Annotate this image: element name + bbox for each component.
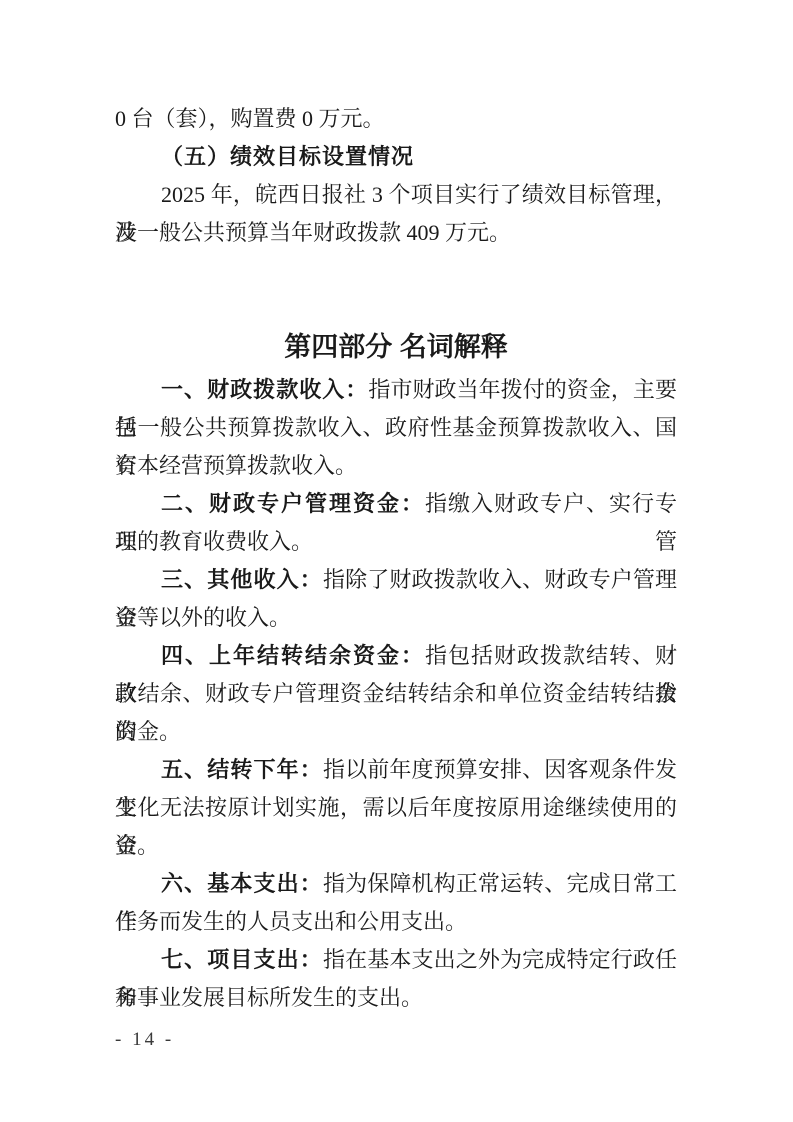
section-heading: 第四部分 名词解释 [115, 323, 677, 371]
definition-line: 资金。 [115, 713, 677, 751]
definition-term: 五、结转下年： [161, 757, 323, 782]
definitions-block: 一、财政拨款收入：指市财政当年拨付的资金，主要包括一般公共预算拨款收入、政府性基… [115, 371, 677, 1017]
definition-first-line: 二、财政专户管理资金：指缴入财政专户、实行专项管 [115, 485, 677, 523]
definition-line: 金等以外的收入。 [115, 599, 677, 637]
definition-first-line: 七、项目支出：指在基本支出之外为完成特定行政任务 [115, 941, 677, 979]
definition-term: 六、基本支出： [161, 871, 323, 896]
definition-line: 金。 [115, 827, 677, 865]
definition-first-line: 六、基本支出：指为保障机构正常运转、完成日常工作 [115, 865, 677, 903]
definition-term: 二、财政专户管理资金： [161, 491, 425, 516]
intro-block: 0 台（套），购置费 0 万元。（五）绩效目标设置情况2025 年，皖西日报社 … [115, 100, 677, 252]
definition-line: 括一般公共预算拨款收入、政府性基金预算拨款收入、国有 [115, 409, 677, 447]
definition-line: 和事业发展目标所发生的支出。 [115, 979, 677, 1017]
definition-line: 任务而发生的人员支出和公用支出。 [115, 903, 677, 941]
page-number: - 14 - [115, 1026, 677, 1054]
definition-first-line: 一、财政拨款收入：指市财政当年拨付的资金，主要包 [115, 371, 677, 409]
document-line: 及一般公共预算当年财政拨款 409 万元。 [115, 214, 677, 252]
definition-term: 七、项目支出： [161, 947, 323, 972]
document-page: 0 台（套），购置费 0 万元。（五）绩效目标设置情况2025 年，皖西日报社 … [0, 0, 793, 1122]
sub-heading-line: （五）绩效目标设置情况 [115, 138, 677, 176]
definition-term: 三、其他收入： [161, 567, 323, 592]
definition-line: 款结余、财政专户管理资金结转结余和单位资金结转结余的 [115, 675, 677, 713]
definition-first-line: 四、上年结转结余资金：指包括财政拨款结转、财政拨 [115, 637, 677, 675]
definition-term: 四、上年结转结余资金： [161, 643, 425, 668]
definition-first-line: 三、其他收入：指除了财政拨款收入、财政专户管理资 [115, 561, 677, 599]
definition-term: 一、财政拨款收入： [161, 377, 368, 402]
document-content: 0 台（套），购置费 0 万元。（五）绩效目标设置情况2025 年，皖西日报社 … [115, 100, 677, 1054]
document-line: 0 台（套），购置费 0 万元。 [115, 100, 677, 138]
definition-line: 资本经营预算拨款收入。 [115, 447, 677, 485]
definition-first-line: 五、结转下年：指以前年度预算安排、因客观条件发生 [115, 751, 677, 789]
definition-line: 变化无法按原计划实施，需以后年度按原用途继续使用的资 [115, 789, 677, 827]
document-line: 2025 年，皖西日报社 3 个项目实行了绩效目标管理，涉 [115, 176, 677, 214]
